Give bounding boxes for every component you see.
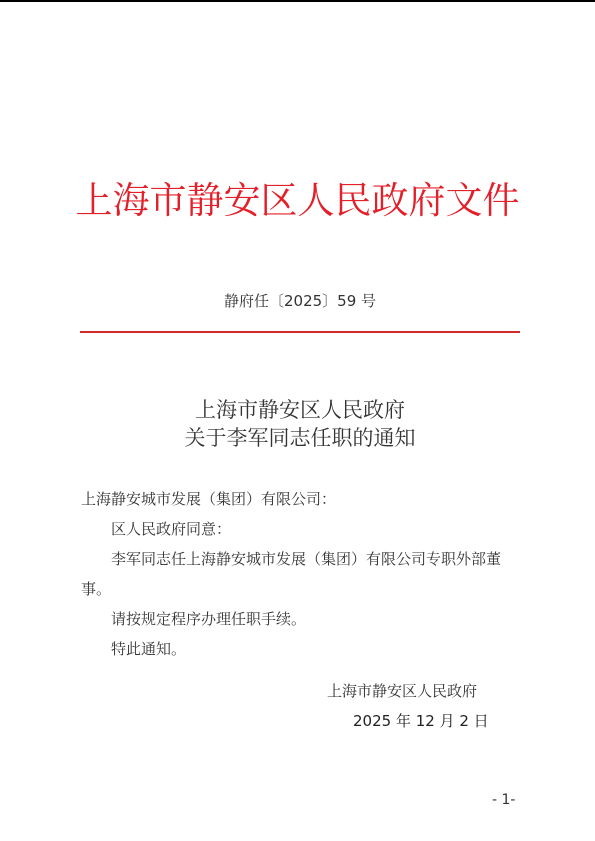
body-paragraph: 请按规定程序办理任职手续。: [81, 604, 526, 634]
body-paragraph: 区人民政府同意：: [81, 514, 526, 544]
document-header-title: 上海市静安区人民政府文件: [0, 170, 595, 224]
notice-body: 上海静安城市发展（集团）有限公司： 区人民政府同意： 李军同志任上海静安城市发展…: [81, 484, 526, 664]
recipient: 上海静安城市发展（集团）有限公司：: [81, 484, 526, 514]
notice-title-line-1: 上海市静安区人民政府: [0, 396, 595, 424]
document-number: 静府任〔2025〕59 号: [0, 290, 595, 311]
issue-date: 2025 年 12 月 2 日: [353, 710, 489, 731]
body-paragraph: 李军同志任上海静安城市发展（集团）有限公司专职外部董事。: [81, 544, 526, 604]
notice-title-line-2: 关于李军同志任职的通知: [0, 424, 595, 452]
page-number: - 1-: [492, 792, 515, 808]
red-divider-line: [80, 331, 520, 333]
notice-title: 上海市静安区人民政府 关于李军同志任职的通知: [0, 396, 595, 452]
issuer-signature: 上海市静安区人民政府: [327, 680, 477, 701]
body-paragraph: 特此通知。: [81, 634, 526, 664]
page-top-border: [0, 0, 595, 2]
